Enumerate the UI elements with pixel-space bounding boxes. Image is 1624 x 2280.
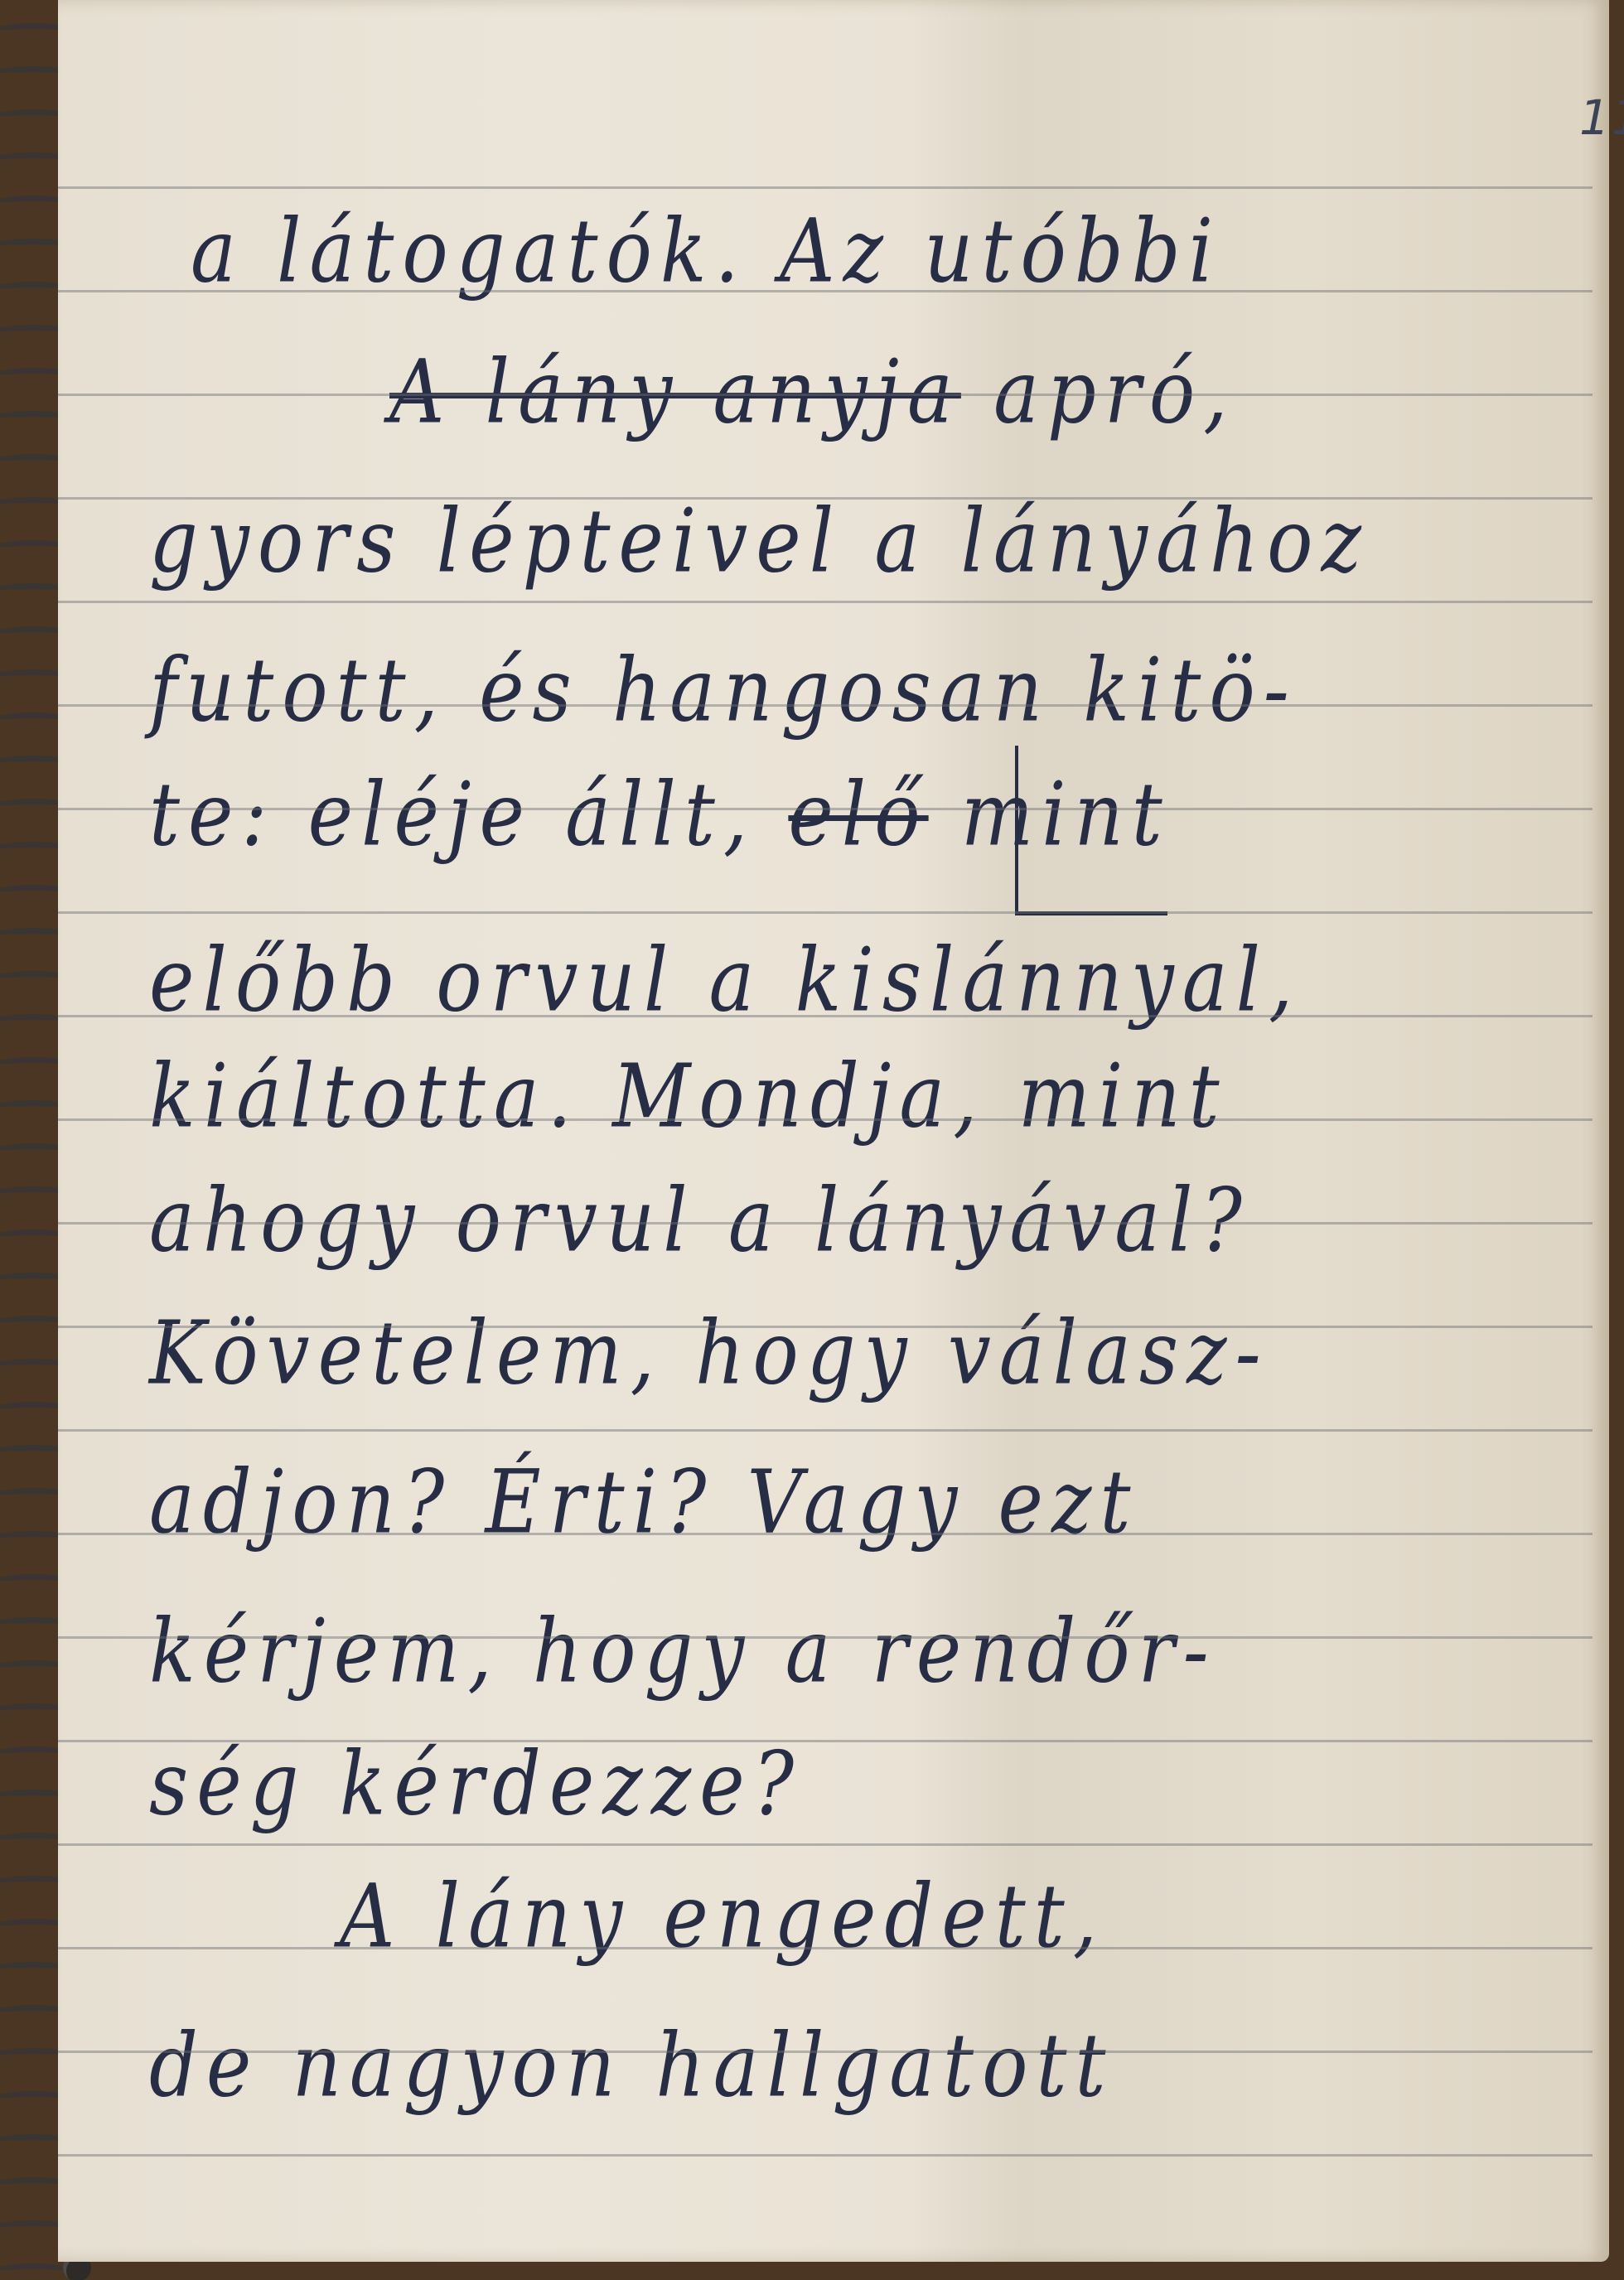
handwritten-line-1: a látogatók. Az utóbbi [191, 200, 1221, 302]
ruled-line [58, 601, 1593, 603]
ruled-line [58, 704, 1593, 707]
handwritten-line-12: ség kérdezze? [149, 1733, 802, 1835]
handwritten-line-13: A lány engedett, [340, 1866, 1105, 1968]
ruled-line [58, 1326, 1593, 1328]
line-text: apró, [993, 341, 1235, 443]
ruled-line [58, 290, 1593, 292]
handwritten-line-8: ahogy orvul a lányával? [149, 1170, 1250, 1272]
handwritten-line-10: adjon? Érti? Vagy ezt [149, 1452, 1138, 1553]
ruled-line [58, 1429, 1593, 1432]
ruled-line [58, 1533, 1593, 1535]
ruled-line [58, 1015, 1593, 1017]
ruled-line [58, 808, 1593, 810]
line-text: te: eléje állt, [149, 764, 756, 866]
struck-text: A lány anyja [389, 341, 961, 443]
struck-text: elő [788, 764, 928, 866]
handwritten-line-3: gyors lépteivel a lányához [149, 490, 1370, 592]
ruled-line [58, 911, 1593, 914]
ruled-line [58, 2154, 1593, 2157]
ruled-line [58, 1947, 1593, 1949]
handwritten-line-2: A lány anyja apró, [389, 341, 1236, 443]
handwritten-line-14: de nagyon hallgatott [149, 2015, 1114, 2117]
handwritten-line-11: kérjem, hogy a rendőr- [149, 1601, 1217, 1703]
ruled-line [58, 1222, 1593, 1225]
insertion-bracket [1015, 746, 1167, 915]
ruled-line [58, 2051, 1593, 2053]
ruled-line [58, 497, 1593, 500]
ruled-line [58, 394, 1593, 396]
handwritten-line-9: Követelem, hogy válasz- [149, 1302, 1269, 1404]
handwritten-line-4: futott, és hangosan kitö- [149, 640, 1298, 741]
ruled-line [58, 1118, 1593, 1121]
page-number: 11 [1579, 89, 1624, 146]
ruled-line [58, 1843, 1593, 1846]
ruled-line [58, 1636, 1593, 1639]
ruled-line [58, 186, 1593, 189]
notebook-page: 11 a látogatók. Az utóbbi A lány anyja a… [58, 0, 1609, 2262]
ruled-line [58, 1740, 1593, 1742]
handwritten-line-7: kiáltotta. Mondja, mint [149, 1046, 1228, 1147]
